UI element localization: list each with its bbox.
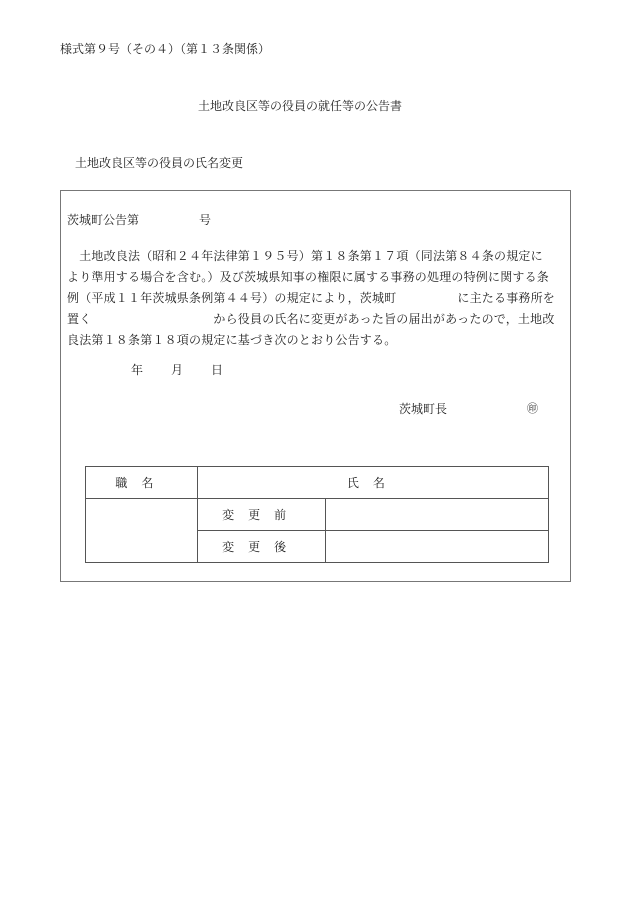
body-line: より準用する場合を含む。）及び茨城県知事の権限に属する事務の処理の特例に関する条 (67, 267, 567, 288)
document-title: 土地改良区等の役員の就任等の公告書 (0, 97, 600, 114)
signatory: 茨城町長 (399, 400, 447, 417)
table-header-row: 職名 氏名 (86, 467, 549, 499)
notice-number-suffix: 号 (199, 213, 211, 227)
body-line: 良法第１８条第１８項の規定に基づき次のとおり公告する。 (67, 330, 567, 351)
notice-number-prefix: 茨城町公告第 (67, 213, 139, 227)
name-after-cell[interactable] (325, 531, 548, 563)
day-label: 日 (211, 361, 223, 378)
body-line: 例（平成１１年茨城県条例第４４号）の規定により，茨城町 に主たる事務所を (67, 288, 567, 309)
officer-name-change-table: 職名 氏名 変更前 変更後 (85, 466, 549, 563)
header-name: 氏名 (197, 467, 548, 499)
seal-icon: ㊞ (527, 400, 538, 416)
notice-body: 土地改良法（昭和２４年法律第１９５号）第１８条第１７項（同法第８４条の規定に よ… (67, 246, 567, 351)
position-cell[interactable] (86, 499, 198, 563)
form-number: 様式第９号（その４）（第１３条関係） (60, 40, 270, 57)
row-label-before: 変更前 (197, 499, 325, 531)
month-label: 月 (171, 361, 211, 378)
body-line: 土地改良法（昭和２４年法律第１９５号）第１８条第１７項（同法第８４条の規定に (67, 246, 567, 267)
notice-number: 茨城町公告第号 (67, 211, 211, 228)
row-label-after: 変更後 (197, 531, 325, 563)
header-position: 職名 (86, 467, 198, 499)
body-line: 置く から役員の氏名に変更があった旨の届出があったので，土地改 (67, 309, 567, 330)
document-subtitle: 土地改良区等の役員の氏名変更 (75, 154, 243, 171)
notice-box: 茨城町公告第号 土地改良法（昭和２４年法律第１９５号）第１８条第１７項（同法第８… (60, 190, 571, 582)
notice-date: 年月日 (131, 361, 223, 378)
table-row: 変更前 (86, 499, 549, 531)
name-before-cell[interactable] (325, 499, 548, 531)
year-label: 年 (131, 361, 171, 378)
